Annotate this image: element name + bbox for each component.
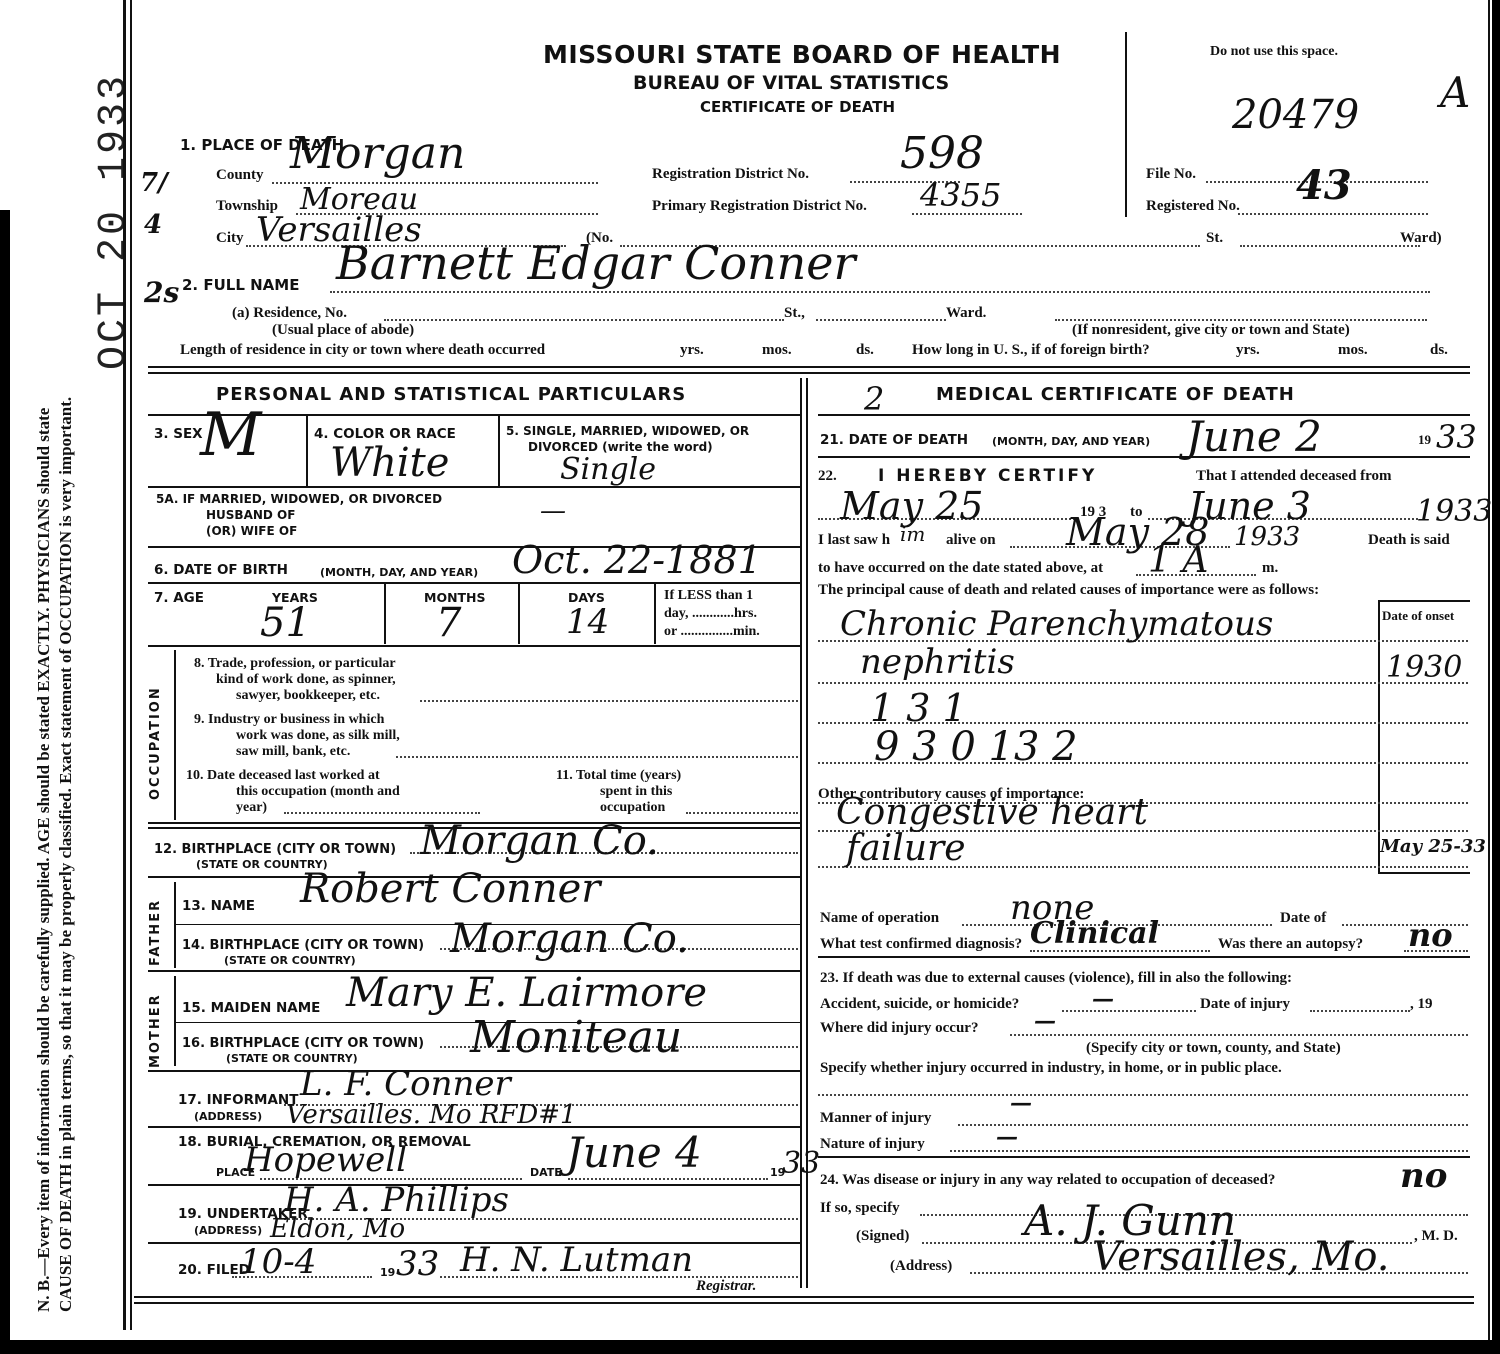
board-title: MISSOURI STATE BOARD OF HEALTH [543, 40, 1061, 69]
accident-value[interactable]: — [1092, 986, 1114, 1012]
informant-label: 17. INFORMANT [178, 1092, 298, 1108]
registrar-signature[interactable]: H. N. Lutman [460, 1240, 693, 1280]
last-saw-pronoun[interactable]: im [900, 522, 925, 546]
diagnosis-test-label: What test confirmed diagnosis? [820, 936, 1022, 953]
registrar-label: Registrar. [696, 1278, 756, 1295]
residence-ds-label: ds. [856, 342, 874, 359]
father-birthplace-sub: (STATE OR COUNTRY) [224, 954, 356, 967]
injury-date-line [1310, 1010, 1410, 1012]
q8-line-3: sawyer, bookkeeper, etc. [236, 688, 380, 704]
principal-cause-label: The principal cause of death and related… [818, 582, 1319, 599]
informant-address-label: (ADDRESS) [194, 1110, 262, 1123]
q9-line-3: saw mill, bank, etc. [236, 744, 350, 760]
physician-address-label: (Address) [890, 1258, 952, 1275]
minutes-label: or ...............min. [664, 624, 760, 640]
mother-birthplace-value[interactable]: Moniteau [470, 1012, 682, 1063]
burial-year-value[interactable]: 33 [782, 1146, 820, 1181]
injury-setting-label: Specify whether injury occurred in indus… [820, 1060, 1282, 1077]
residence-ward-label: Ward. [946, 305, 986, 322]
onset-bottom-rule [1378, 872, 1470, 874]
medical-rule-3 [818, 1156, 1470, 1158]
do-not-use-label: Do not use this space. [1210, 44, 1338, 60]
q11-line-2: spent in this [600, 784, 672, 800]
age-divider-3 [654, 582, 656, 644]
death-time-label: to have occurred on the date stated abov… [818, 560, 1103, 577]
physician-address-value[interactable]: Versailles, Mo. [1092, 1234, 1389, 1280]
injury-location-line [1010, 1034, 1468, 1036]
principal-cause-4[interactable]: 9 3 0 13 2 [874, 724, 1078, 770]
date-of-death-value[interactable]: June 2 [1186, 412, 1322, 461]
other-cause-1[interactable]: Congestive heart [836, 792, 1148, 833]
onset-header: Date of onset [1382, 608, 1454, 624]
personal-section-heading: PERSONAL AND STATISTICAL PARTICULARS [216, 384, 686, 405]
accident-label: Accident, suicide, or homicide? [820, 996, 1019, 1013]
certify-heading: I HEREBY CERTIFY [878, 466, 1097, 486]
death-time-value[interactable]: 1 A [1148, 540, 1208, 581]
q10-line-3: year) [236, 800, 267, 816]
length-of-residence-label: Length of residence in city or town wher… [180, 342, 545, 359]
mother-birthplace-label: 16. BIRTHPLACE (CITY OR TOWN) [182, 1036, 424, 1051]
registration-district-value[interactable]: 598 [900, 128, 984, 179]
scan-edge-bottom [0, 1340, 1500, 1354]
principal-cause-2[interactable]: nephritis [860, 642, 1015, 682]
city-label: City [216, 230, 244, 247]
father-side-label: FATHER [148, 899, 163, 966]
filed-year-value[interactable]: 33 [396, 1244, 439, 1284]
residence-mos-label: mos. [762, 342, 792, 359]
mother-side-rule [174, 976, 176, 1066]
injury-location-value[interactable]: — [1034, 1008, 1056, 1034]
autopsy-label: Was there an autopsy? [1218, 936, 1363, 953]
onset-header-rule [1378, 600, 1470, 602]
dod-rule [818, 456, 1470, 458]
birthplace-label: 12. BIRTHPLACE (CITY OR TOWN) [154, 842, 396, 857]
medical-section-heading: MEDICAL CERTIFICATE OF DEATH [936, 384, 1295, 405]
medical-rule-2 [818, 956, 1470, 958]
spouse-label-1: 5A. IF MARRIED, WIDOWED, OR DIVORCED [156, 492, 442, 506]
certificate-number: 20479 [1232, 92, 1359, 138]
q8-line [420, 700, 798, 702]
dob-label: 6. DATE OF BIRTH [154, 562, 288, 578]
full-name-label: 2. FULL NAME [182, 276, 299, 294]
form-title: CERTIFICATE OF DEATH [700, 98, 895, 116]
residence-line [384, 319, 784, 321]
last-saw-label: I last saw h [818, 532, 890, 549]
manner-of-injury-label: Manner of injury [820, 1110, 931, 1127]
street-label: St. [1206, 230, 1223, 247]
sex-label: 3. SEX [154, 426, 203, 442]
bureau-title: BUREAU OF VITAL STATISTICS [633, 72, 949, 94]
father-name-value[interactable]: Robert Conner [300, 866, 600, 912]
burial-place-value[interactable]: Hopewell [244, 1140, 407, 1180]
registered-no-label: Registered No. [1146, 198, 1240, 215]
if-so-specify-label: If so, specify [820, 1200, 900, 1217]
scan-edge-right [1492, 0, 1500, 1354]
autopsy-value[interactable]: no [1408, 916, 1453, 954]
q11-line-1: 11. Total time (years) [556, 768, 681, 784]
md-label: , M. D. [1414, 1228, 1458, 1245]
county-value[interactable]: Morgan [290, 128, 465, 179]
filed-date-value[interactable]: 10-4 [240, 1242, 316, 1282]
other-cause-2[interactable]: failure [846, 828, 966, 869]
q10-line [284, 812, 480, 814]
header-divider [1125, 32, 1127, 217]
foreign-birth-label: How long in U. S., if of foreign birth? [912, 342, 1150, 359]
age-divider-1 [384, 582, 386, 644]
file-no-label: File No. [1146, 166, 1196, 183]
alive-on-label: alive on [946, 532, 996, 549]
margin-note-line-2: CAUSE OF DEATH in plain terms, so that i… [56, 397, 76, 1312]
margin-mark-2: 4 [144, 210, 162, 240]
manner-of-injury-value[interactable]: — [1010, 1090, 1032, 1116]
race-marital-divider [498, 414, 500, 486]
injury-year-prefix: , 19 [1410, 996, 1433, 1013]
dob-sub-label: (MONTH, DAY, AND YEAR) [320, 566, 478, 579]
date-of-death-year[interactable]: 33 [1436, 418, 1477, 456]
primary-registration-value[interactable]: 4355 [920, 176, 1001, 214]
frame-left-inner [130, 0, 132, 1330]
row-rule-3 [148, 582, 800, 584]
q11-line-3: occupation [600, 800, 665, 816]
burial-date-line [568, 1178, 768, 1180]
occupation-related-label: 24. Was disease or injury in any way rel… [820, 1172, 1275, 1189]
date-of-death-label: 21. DATE OF DEATH [820, 432, 968, 448]
section-divider-top-2 [148, 372, 1470, 374]
full-name-value[interactable]: Barnett Edgar Conner [336, 236, 856, 290]
father-side-rule [174, 882, 176, 968]
marital-status-value[interactable]: Single [560, 452, 656, 487]
date-of-death-year-prefix: 19 [1418, 432, 1431, 448]
q9-line-1: 9. Industry or business in which [194, 712, 384, 728]
occupation-side-rule [174, 650, 176, 820]
bottom-rule-2 [134, 1302, 1474, 1304]
county-label: County [216, 167, 264, 184]
nature-of-injury-line [950, 1150, 1468, 1152]
date-of-death-sub: (MONTH, DAY, AND YEAR) [992, 435, 1150, 448]
marital-label-1: 5. SINGLE, MARRIED, WIDOWED, OR [506, 424, 749, 438]
principal-cause-onset-2[interactable]: 1930 [1386, 650, 1462, 685]
frame-left-outer [123, 0, 126, 1330]
medical-heading-mark: 2 [864, 380, 884, 418]
sex-race-divider [306, 414, 308, 486]
q10-line-1: 10. Date deceased last worked at [186, 768, 380, 784]
q9-line [396, 756, 798, 758]
registered-no-value[interactable]: 43 [1296, 162, 1352, 209]
dob-value[interactable]: Oct. 22-1881 [512, 538, 762, 582]
undertaker-address-value[interactable]: Eldon, Mo [270, 1214, 405, 1244]
mother-side-label: MOTHER [148, 993, 163, 1068]
q11-line [686, 812, 798, 814]
row-rule-4 [148, 645, 800, 647]
age-years-value[interactable]: 51 [260, 600, 311, 646]
age-label: 7. AGE [154, 590, 204, 606]
occupation-related-value[interactable]: no [1400, 1156, 1447, 1196]
birthplace-value[interactable]: Morgan Co. [420, 818, 659, 864]
medical-heading-rule [818, 414, 1470, 416]
informant-name-value[interactable]: L. F. Conner [300, 1064, 511, 1104]
residence-label: (a) Residence, No. [232, 305, 347, 322]
q9-line-2: work was done, as silk mill, [236, 728, 400, 744]
sex-value[interactable]: M [200, 400, 261, 470]
signed-label: (Signed) [856, 1228, 909, 1245]
q10-line-2: this occupation (month and [236, 784, 400, 800]
bottom-rule-1 [134, 1296, 1474, 1298]
spouse-label-3: (OR) WIFE OF [206, 524, 297, 538]
row-rule-9 [148, 1126, 800, 1128]
filed-year-prefix: 19 [380, 1266, 395, 1279]
undertaker-address-label: (ADDRESS) [194, 1224, 262, 1237]
residence-street-label: St., [784, 305, 805, 322]
mother-maiden-value[interactable]: Mary E. Lairmore [346, 970, 707, 1016]
father-birthplace-label: 14. BIRTHPLACE (CITY OR TOWN) [182, 938, 424, 953]
margin-mark-1: 7/ [140, 168, 168, 198]
usual-abode-label: (Usual place of abode) [272, 322, 414, 339]
accident-line [1062, 1010, 1196, 1012]
attended-text: That I attended deceased from [1196, 468, 1392, 485]
attended-to-year[interactable]: 1933 [1416, 494, 1492, 529]
foreign-yrs-label: yrs. [1236, 342, 1260, 359]
margin-mark-3: 2s [144, 276, 179, 309]
last-saw-year[interactable]: 1933 [1234, 522, 1300, 552]
diagnosis-test-value[interactable]: Clinical [1030, 916, 1159, 951]
foreign-mos-label: mos. [1338, 342, 1368, 359]
row-rule-1 [148, 486, 800, 488]
burial-date-value[interactable]: June 4 [566, 1128, 702, 1177]
age-months-value[interactable]: 7 [436, 600, 461, 646]
scan-edge-left [0, 210, 10, 1340]
ward-line [1240, 245, 1420, 247]
spouse-label-2: HUSBAND OF [206, 508, 295, 522]
primary-registration-label: Primary Registration District No. [652, 198, 867, 215]
nature-of-injury-label: Nature of injury [820, 1136, 925, 1153]
full-name-line [330, 291, 1430, 293]
father-birthplace-value[interactable]: Morgan Co. [450, 916, 689, 962]
death-is-said-label: Death is said [1368, 532, 1450, 549]
registered-no-line [1238, 213, 1428, 215]
less-than-day-label: If LESS than 1 [664, 588, 753, 604]
ward-label: Ward) [1400, 230, 1442, 247]
external-causes-label: 23. If death was due to external causes … [820, 970, 1292, 987]
meridiem-label: m. [1262, 560, 1278, 577]
section-divider-top-1 [148, 366, 1470, 368]
foreign-ds-label: ds. [1430, 342, 1448, 359]
q8-line-1: 8. Trade, profession, or particular [194, 656, 396, 672]
q8-line-2: kind of work done, as spinner, [216, 672, 396, 688]
manner-of-injury-line [958, 1124, 1468, 1126]
margin-note-line-1: N. B.—Every item of information should b… [34, 408, 54, 1312]
frame-right [1488, 0, 1490, 1340]
nature-of-injury-value[interactable]: — [996, 1124, 1018, 1150]
hours-label: day, ............hrs. [664, 606, 757, 622]
age-divider-2 [518, 582, 520, 644]
race-value[interactable]: White [330, 440, 449, 486]
residence-ward-line [816, 319, 946, 321]
injury-setting-line [818, 1094, 1468, 1096]
father-name-label: 13. NAME [182, 898, 255, 914]
operation-label: Name of operation [820, 910, 939, 927]
injury-date-label: Date of injury [1200, 996, 1290, 1013]
residence-yrs-label: yrs. [680, 342, 704, 359]
occupation-side-label: OCCUPATION [148, 686, 163, 800]
injury-location-sub: (Specify city or town, county, and State… [1086, 1040, 1341, 1057]
burial-date-label: DATE [530, 1166, 562, 1179]
spouse-value[interactable]: — [540, 496, 566, 526]
nonresident-line [1055, 319, 1427, 321]
other-cause-onset-2[interactable]: May 25-33 [1380, 836, 1486, 857]
age-days-value[interactable]: 14 [566, 602, 609, 642]
certify-number: 22. [818, 468, 837, 485]
registration-district-label: Registration District No. [652, 166, 809, 183]
operation-date-label: Date of [1280, 910, 1326, 927]
certificate-suffix: A [1440, 68, 1470, 117]
principal-cause-1[interactable]: Chronic Parenchymatous [840, 604, 1273, 644]
mother-maiden-label: 15. MAIDEN NAME [182, 1000, 320, 1016]
cause-line-2 [818, 682, 1468, 684]
nonresident-note: (If nonresident, give city or town and S… [1072, 322, 1350, 339]
injury-location-label: Where did injury occur? [820, 1020, 978, 1037]
